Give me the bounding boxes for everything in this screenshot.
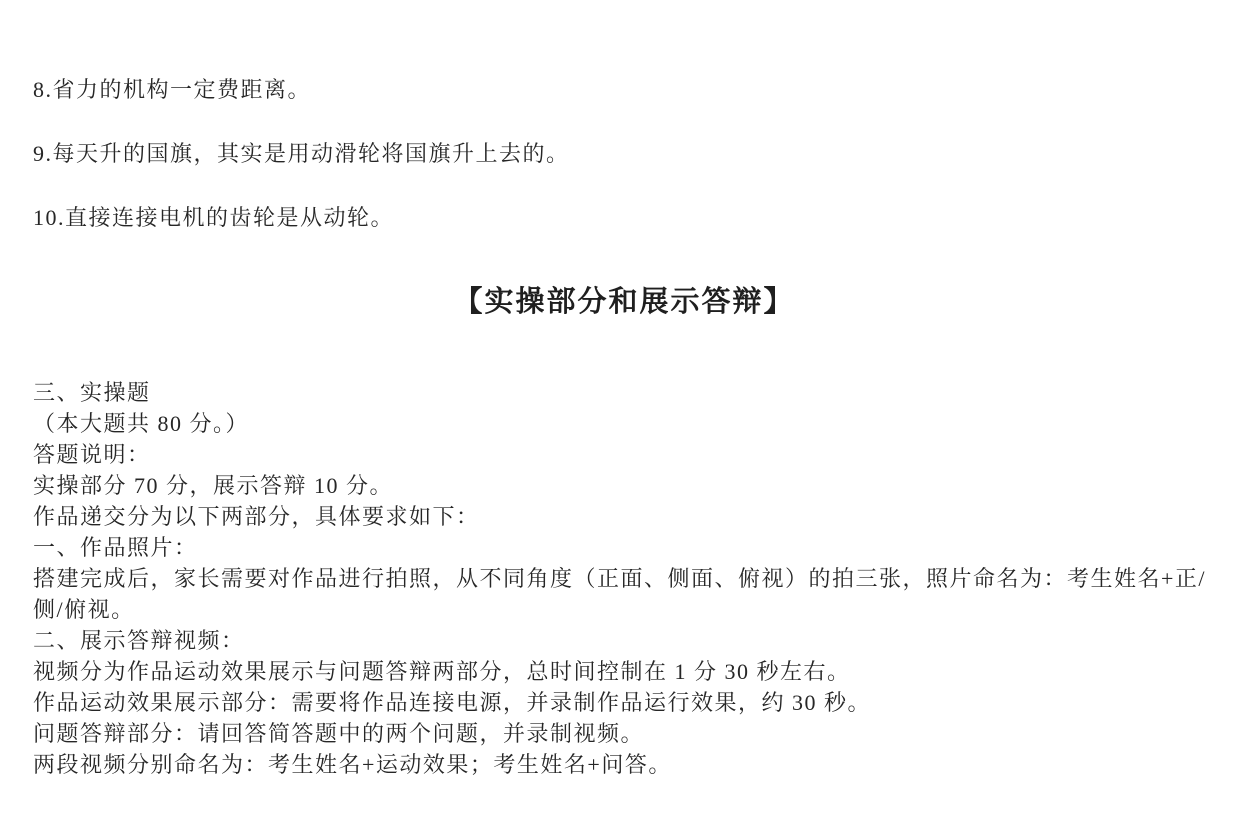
body-line-photo-instructions-wrap: 侧/俯视。 xyxy=(33,594,1215,625)
body-line-motion-demo: 作品运动效果展示部分：需要将作品连接电源，并录制作品运行效果，约 30 秒。 xyxy=(33,687,1215,718)
statement-8: 8.省力的机构一定费距离。 xyxy=(33,76,1215,104)
body-line-score-split: 实操部分 70 分，展示答辩 10 分。 xyxy=(33,470,1215,501)
instructions-block: 三、实操题 （本大题共 80 分。） 答题说明： 实操部分 70 分，展示答辩 … xyxy=(33,377,1215,780)
body-line-photo-instructions: 搭建完成后，家长需要对作品进行拍照，从不同角度（正面、侧面、俯视）的拍三张，照片… xyxy=(33,563,1215,594)
document-page: 8.省力的机构一定费距离。 9.每天升的国旗，其实是用动滑轮将国旗升上去的。 1… xyxy=(0,0,1250,820)
statement-9: 9.每天升的国旗，其实是用动滑轮将国旗升上去的。 xyxy=(33,140,1215,168)
statement-10: 10.直接连接电机的齿轮是从动轮。 xyxy=(33,204,1215,232)
body-line-submission-intro: 作品递交分为以下两部分，具体要求如下： xyxy=(33,501,1215,532)
body-line-video-naming: 两段视频分别命名为：考生姓名+运动效果；考生姓名+问答。 xyxy=(33,749,1215,780)
body-line-video-section-title: 二、展示答辩视频： xyxy=(33,625,1215,656)
body-line-section-title: 三、实操题 xyxy=(33,377,1215,408)
body-line-qa-part: 问题答辩部分：请回答简答题中的两个问题，并录制视频。 xyxy=(33,718,1215,749)
body-line-total-points: （本大题共 80 分。） xyxy=(33,408,1215,439)
body-line-video-overview: 视频分为作品运动效果展示与问题答辩两部分，总时间控制在 1 分 30 秒左右。 xyxy=(33,656,1215,687)
body-line-answer-note-label: 答题说明： xyxy=(33,439,1215,470)
section-heading: 【实操部分和展示答辩】 xyxy=(33,284,1215,320)
body-line-photo-section-title: 一、作品照片： xyxy=(33,532,1215,563)
